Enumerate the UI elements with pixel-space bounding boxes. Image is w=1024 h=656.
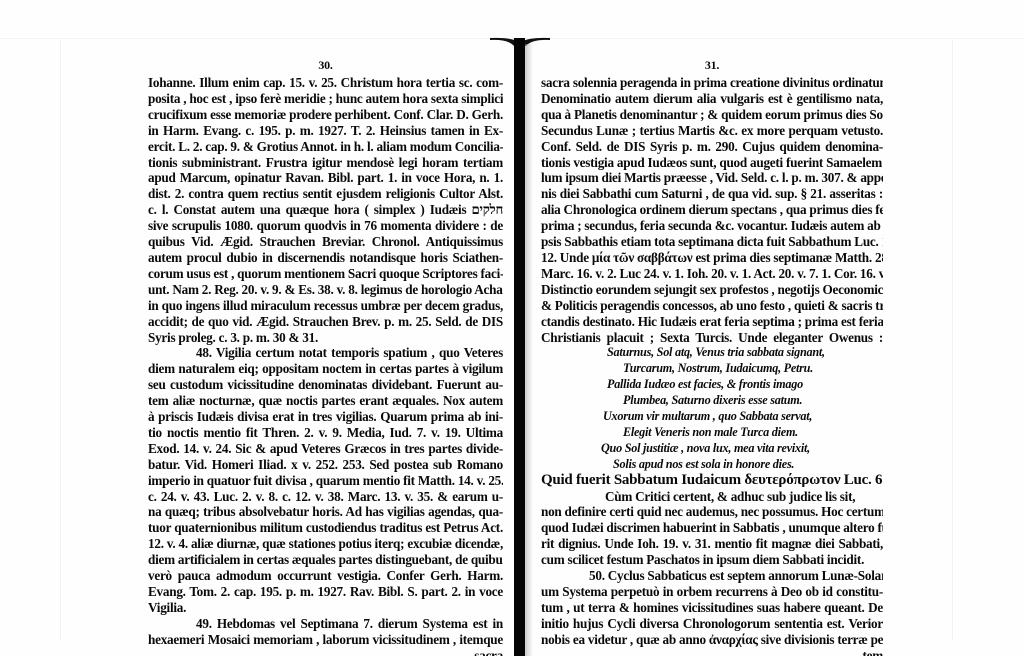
text-line: rit dignius. Unde Ioh. 19. v. 31. mentio… [541,536,883,552]
verse-line: Elegit Veneris non male Turca diem. [541,425,883,441]
text-line: tionis vestigia apud Iudæos sunt, quod a… [541,155,883,171]
text-line: na quæq; tribus absolvebatur horis. Ad h… [148,504,503,520]
paragraph-50-start: 50. Cyclus Sabbaticus est septem annorum… [541,568,883,584]
text-line: cum scilicet festum Paschatos in ipsum d… [541,552,883,568]
text-line: 12. Unde μία τῶν σαββάτων est prima dies… [541,250,883,266]
text-line: Distinctio eorundem sejungit sex profest… [541,282,883,298]
text-line: Christianis placuit ; Sexta Turcis. Unde… [541,330,883,346]
text-line: lum ipsum diei Martis præesse , Vid. Sel… [541,170,883,186]
text-line: Secundus Lunæ ; tertius Martis &c. ex mo… [541,123,883,139]
text-line: corum usus est , quorum mentionem Sacri … [148,266,503,282]
text-line: Vigilia. [148,600,503,616]
text-line: verò pauca admodum occurrunt vestigia. C… [148,568,503,584]
text-line: in Harm. Evang. c. 195. p. m. 1927. T. 2… [148,123,503,139]
section-heading-line: Quid fuerit Sabbatum Iudaicum δευτερόπρω… [541,473,883,489]
text-line: tem aliæ nocturnæ, quæ noctis partes era… [148,393,503,409]
text-line: posita , hoc est , ipso ferè meridie ; h… [148,91,503,107]
text-line: non definire certi quid nec audemus, nec… [541,504,883,520]
text-line: & Politicis peragendis concessos, ab uno… [541,298,883,314]
left-page-faint-edge [60,40,61,640]
text-line: accidit; de quo vid. Ægid. Strauchen Bre… [148,314,503,330]
text-line: prima ; secundus, feria secunda &c. voca… [541,218,883,234]
book-spine-gutter [514,38,525,656]
text-line: batur. Vid. Homeri Iliad. x v. 252. 253.… [148,457,503,473]
text-line: Exod. 14. v. 24. Sic & apud Veteres Græc… [148,441,503,457]
verse-line: Pallida Iudæo est facies, & frontis imag… [541,377,883,393]
text-line: qua à Planetis denominantur ; & quidem e… [541,107,883,123]
paragraph-49-start: 49. Hebdomas vel Septimana 7. dierum Sys… [148,616,503,632]
text-line: um Systema perpetuò in orbem recurrens à… [541,584,883,600]
text-line: quibus Vid. Ægid. Strauchen Breviar. Chr… [148,234,503,250]
verse-line: Plumbea, Saturno dixeris esse satum. [541,393,883,409]
text-line: Syris proleg. c. 3. p. m. 30 & 31. [148,330,503,346]
right-page-faint-edge [952,40,953,640]
left-page: 30. Iohanne. Illum enim cap. 15. v. 25. … [148,55,503,656]
text-line: Cùm Critici certent, & adhuc sub judice … [541,489,883,505]
text-line: seu custodum vicissitudine denominatas d… [148,377,503,393]
verse-line: Solis apud nos est sola in honore dies. [541,457,883,473]
text-line: tionis subministrant. Frustra igitur men… [148,155,503,171]
left-page-number: 30. [148,55,503,75]
text-line: initio hujus Cycli diversa Chronologorum… [541,616,883,632]
book-spread: 30. Iohanne. Illum enim cap. 15. v. 25. … [0,0,1024,656]
right-page: 31. sacra solennia peragenda in prima cr… [541,55,883,656]
text-line: ercit. L. 2. cap. 9. & Grotius Annot. in… [148,139,503,155]
text-line: in quo ingens illud miraculum recessus u… [148,298,503,314]
verse-line: Saturnus, Sol atq, Venus tria sabbata si… [541,345,883,361]
text-line: c. l. Constat autem una quæque hora ( si… [148,202,503,218]
text-line: alia Chronologica ordinem dierum spectan… [541,202,883,218]
text-line: c. 24. v. 43. Luc. 2. v. 8. c. 12. v. 38… [148,489,503,505]
text-line: Denominatio autem dierum alia vulgaris e… [541,91,883,107]
gutter-shadow [525,44,533,656]
text-line: apud Marcum, opinatur Ravan. Bibl. part.… [148,170,503,186]
text-line: Conf. Seld. de DIS Syris p. m. 290. Cuju… [541,139,883,155]
text-line: tuor quaternionibus militum custodiendus… [148,520,503,536]
text-line: autem procul dubio in discernendis notan… [148,250,503,266]
text-line: ctandis destinato. Hic Iudæis erat feria… [541,314,883,330]
text-line: psis Sabbathis etiam tota septimana dict… [541,234,883,250]
text-line: imperio in quatuor fuit divisa , quarum … [148,473,503,489]
text-line: Marc. 16. v. 2. Luc 24. v. 1. Ioh. 20. v… [541,266,883,282]
text-line: tum , ut terra & homines vicissitudines … [541,600,883,616]
verse-line: Uxorum vir multarum , quo Sabbata servat… [541,409,883,425]
catchword: tem [541,648,883,656]
text-line: nis diei Sabbathi cum Saturni , de qua v… [541,186,883,202]
text-line: crucifixum esse memoriæ prodere perhiben… [148,107,503,123]
verse-line: Quo Sol justitiæ , nova lux, mea vita re… [541,441,883,457]
paragraph-48-start: 48. Vigilia certum notat temporis spatiu… [148,345,503,361]
text-line: dist. 2. contra quem rectius sentit ejus… [148,186,503,202]
text-line: sacra solennia peragenda in prima creati… [541,75,883,91]
right-page-number: 31. [541,55,883,75]
text-line: hexaemeri Mosaici memoriam , laborum vic… [148,632,503,648]
text-line: quod Iudæi discrimen habuerint in Sabbat… [541,520,883,536]
text-line: diem naturalem eiq; oppositam noctem in … [148,361,503,377]
text-line: unt. Nam 2. Reg. 20. v. 9. & Es. 38. v. … [148,282,503,298]
text-line: diem artificialem in certas æquales part… [148,552,503,568]
text-line: Iohanne. Illum enim cap. 15. v. 25. Chri… [148,75,503,91]
text-line: sive scrupulis 1080. quorum quodvis in 7… [148,218,503,234]
catchword: sacra [148,648,503,656]
text-line: à priscis Iudæis divisa erat in tres vig… [148,409,503,425]
text-line: tio noctis mentio fit Thren. 2. v. 9. Me… [148,425,503,441]
verse-line: Turcarum, Nostrum, Iudaicumq, Petru. [541,361,883,377]
text-line: 12. v. 4. aliæ diurnæ, quæ stationes pot… [148,536,503,552]
text-line: Evang. Tom. 2. cap. 195. p. m. 1927. Rav… [148,584,503,600]
text-line: nobis ea videtur , quæ ab anno ἀναρχίας … [541,632,883,648]
